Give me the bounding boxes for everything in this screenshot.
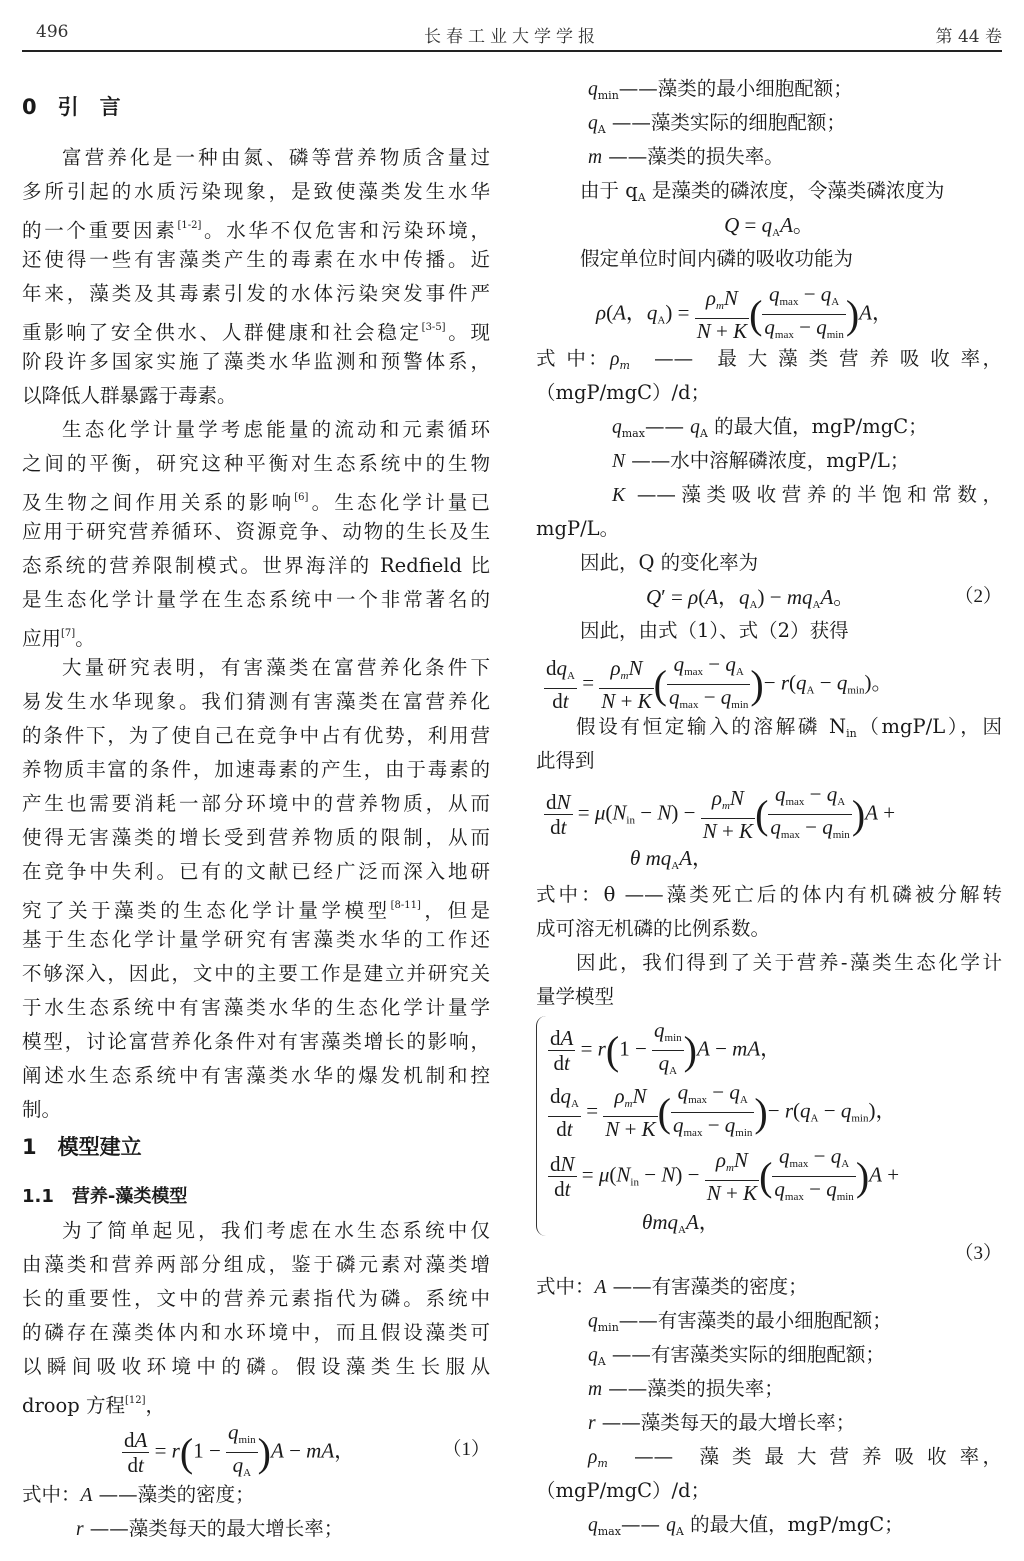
definition-qmin2: qmin——有害藻类的最小细胞配额； xyxy=(536,1304,1002,1338)
citation[interactable]: [6] xyxy=(294,492,308,503)
definition-theta: 式中：θ ——藻类死亡后的体内有机磷被分解转 xyxy=(536,878,1002,912)
definition-qmin: qmin——藻类的最小细胞配额； xyxy=(536,72,1002,106)
section-title-model: 1 模型建立 xyxy=(22,1130,490,1164)
equation-2: Q′ = ρ(A，qA) − mqAA。 （2） xyxy=(536,580,1002,614)
definition-qA2: qA ——有害藻类实际的细胞配额； xyxy=(536,1338,1002,1372)
equation-number: （1） xyxy=(442,1434,490,1461)
text-line: 因此，我们得到了关于营养-藻类生态化学计 xyxy=(536,946,1002,980)
definition-r2: r ——藻类每天的最大增长率； xyxy=(536,1406,1002,1440)
text-line: 由于 qA 是藻类的磷浓度，令藻类磷浓度为 xyxy=(536,174,1002,208)
citation[interactable]: [3-5] xyxy=(422,322,446,333)
equation-number: （2） xyxy=(954,580,1002,614)
text-line: 量学模型 xyxy=(536,980,1002,1014)
running-header: 496 长春工业大学学报 第 44 卷 xyxy=(22,14,1002,52)
volume-label: 第 44 卷 xyxy=(936,22,1002,47)
definition-qmax2: qmax—— qA 的最大值，mgP/mgC； xyxy=(536,1508,1002,1542)
definition-A2: 式中：A ——有害藻类的密度； xyxy=(536,1270,1002,1304)
definition-r: r ——藻类每天的最大增长率； xyxy=(22,1512,490,1546)
text-line: 因此，由式（1）、式（2）获得 xyxy=(536,614,1002,648)
definition-rho-m2: ρm —— 藻 类 最 大 营 养 吸 收 率， xyxy=(536,1440,1002,1474)
definition-m: m ——藻类的损失率。 xyxy=(536,140,1002,174)
citation[interactable]: [12] xyxy=(125,1395,146,1406)
subsection-title: 1.1 营养-藻类模型 xyxy=(22,1180,490,1214)
definition-A: 式中：A ——藻类的密度； xyxy=(22,1478,490,1512)
definition-rho-m: 式 中：ρm —— 最 大 藻 类 营 养 吸 收 率， xyxy=(536,342,1002,376)
equation-number: （3） xyxy=(954,1238,1002,1265)
citation[interactable]: [1-2] xyxy=(177,220,201,231)
text-line: 因此，Q 的变化率为 xyxy=(536,546,1002,580)
unit-line: mgP/L。 xyxy=(536,512,1002,546)
definition-K: K ——藻类吸收营养的半饱和常数， xyxy=(536,478,1002,512)
definition-qmax: qmax—— qA 的最大值，mgP/mgC； xyxy=(536,410,1002,444)
equation-rho: ρ(A，qA) = ρmNN + K(qmax − qAqmax − qmin)… xyxy=(536,278,1002,338)
text-line: 此得到 xyxy=(536,744,1002,778)
equation-3-system: dAdt = r(1 − qminqA)A − mA， dqAdt = ρmNN… xyxy=(536,1016,1002,1266)
equation-1: dAdt = r(1 − qminqA)A − mA， （1） xyxy=(22,1418,490,1474)
unit-line: （mgP/mgC）/d； xyxy=(536,1474,1002,1508)
section-title-intro: 0 引 言 xyxy=(22,90,490,124)
citation[interactable]: [8-11] xyxy=(391,900,421,911)
definition-m2: m ——藻类的损失率； xyxy=(536,1372,1002,1406)
text-line: 假定单位时间内磷的吸收功能为 xyxy=(536,242,1002,276)
journal-title: 长春工业大学学报 xyxy=(22,22,1002,47)
equation-dqA: dqAdt = ρmNN + K(qmax − qAqmax − qmin)− … xyxy=(536,650,1002,708)
unit-line: （mgP/mgC）/d； xyxy=(536,376,1002,410)
text-line: 成可溶无机磷的比例系数。 xyxy=(536,912,1002,946)
equation-Q: Q = qAA。 xyxy=(536,208,1002,242)
definition-N: N ——水中溶解磷浓度，mgP/L； xyxy=(536,444,1002,478)
text-line: 假设有恒定输入的溶解磷 Nin（mgP/L），因 xyxy=(536,710,1002,744)
equation-dN: dNdt = μ(Nin − N) − ρmNN + K(qmax − qAqm… xyxy=(536,780,1002,876)
citation[interactable]: [7] xyxy=(61,628,75,639)
definition-qA: qA ——藻类实际的细胞配额； xyxy=(536,106,1002,140)
